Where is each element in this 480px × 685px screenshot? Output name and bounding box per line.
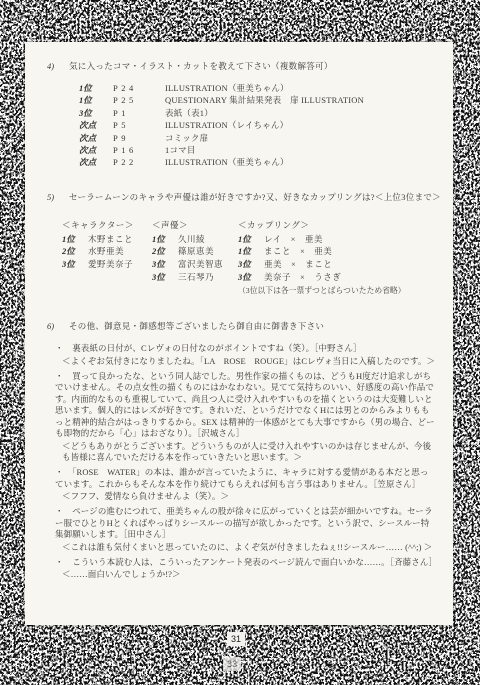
comment-entry: ・ こういう本読む人は、こういったアンケート発表のページ読んで面白いかな……。［… [55,557,437,569]
favorites-ranking-list: 1位 P24 ILLUSTRATION（亜美ちゃん） 1位 P25 QUESTI… [79,82,437,169]
ranking-row: 1位 レイ × 亜美 [238,233,437,246]
rank-label: 3位 [238,271,264,283]
ranking-row: 1位 P24 ILLUSTRATION（亜美ちゃん） [79,82,437,94]
page-reference: P25 [113,95,165,105]
section-favorites: 4) 気に入ったコマ・イラスト・カットを教えて下さい（複数解答可） 1位 P24… [47,60,437,169]
section-title: セーラームーンのキャラや声優は誰が好きですか?又、好きなカップリングは?＜上位3… [69,191,441,203]
ranking-row: 1位 まこと × 亜美 [238,245,437,258]
ranked-name: 木野まこと [88,233,133,245]
ranked-name: 亜美 × まこと [264,258,332,270]
ranking-row: 1位 久川綾 [152,233,238,246]
ranking-row: 次点 P22 ILLUSTRATION（亜美ちゃん） [79,156,437,168]
ranked-name: レイ × 亜美 [264,233,323,245]
rank-label: 1位 [238,233,264,245]
ranked-name: 久川綾 [178,233,205,245]
ranking-row: 3位 美奈子 × うさぎ [238,271,437,284]
comment-entry: ・ 「ROSE WATER」の本は、誰かが言っていたように、キャラに対する愛情が… [55,467,437,490]
page-reference: P9 [113,133,165,143]
rank-label: 2位 [152,245,178,257]
ranked-name: 愛野美奈子 [88,258,133,270]
rank-label: 3位 [79,107,113,119]
rank-label: 1位 [238,245,264,257]
rank-label: 3位 [152,271,178,283]
ranked-name: 水野亜美 [88,245,124,257]
section-popularity: 5) セーラームーンのキャラや声優は誰が好きですか?又、好きなカップリングは?＜… [47,191,437,296]
section-number: 5) [47,192,69,202]
item-description: ILLUSTRATION（亜美ちゃん） [165,156,289,168]
rank-label: 2位 [62,245,88,257]
rank-label: 1位 [79,82,113,94]
rank-label: 次点 [79,144,113,156]
rank-label: 1位 [152,233,178,245]
page-reference: P1 [113,108,165,118]
ranking-row: 3位 富沢美智恵 [152,258,238,271]
ranked-name: 美奈子 × うさぎ [264,271,341,283]
ranking-row: 1位 木野まこと [62,233,152,246]
scanned-page: 4) 気に入ったコマ・イラスト・カットを教えて下さい（複数解答可） 1位 P24… [25,42,453,625]
comment-entry: ＜フフフ、愛情なら負けませんよ（笑）。＞ [55,491,437,503]
ranked-name: まこと × 亜美 [264,245,332,257]
section-title: 気に入ったコマ・イラスト・カットを教えて下さい（複数解答可） [69,60,333,72]
comment-entry: ・ ページの進むにつれて、亜美ちゃんの股が徐々に広がっていくとは芸が細かいですね… [55,506,437,541]
comment-entry: ＜どうもありがとうございます。どういうものが人に受け入れやすいのかは存じませんが… [55,441,437,464]
couplings-ranking: 1位 レイ × 亜美 1位 まこと × 亜美 3位 亜美 × まこと [238,233,437,283]
characters-column: ＜キャラクター＞ 1位 木野まこと 2位 水野亜美 [62,219,152,296]
page-reference: P24 [113,83,165,93]
characters-column-header: ＜キャラクター＞ [62,219,152,233]
rank-label: 3位 [62,258,88,270]
comment-entry: ＜……面白いんでしょうか!?＞ [55,569,437,581]
comment-entry: ＜これは誰も気付くまいと思っていたのに、よくぞ気が付きましたねぇ!!シースルー…… [55,542,437,554]
item-description: ILLUSTRATION（レイちゃん） [165,119,288,131]
rank-label: 1位 [62,233,88,245]
item-description: QUESTIONARY 集計結果発表 扉 ILLUSTRATION [165,94,364,106]
comment-entry: ・ 裏表紙の日付が、Cレヴォの日付なのがポイントですね（笑）。［中野さん］ [55,343,437,355]
page-reference: P16 [113,145,165,155]
section-favorites-header: 4) 気に入ったコマ・イラスト・カットを教えて下さい（複数解答可） [47,60,437,72]
item-description: コミック扉 [165,132,208,144]
book-page-number: 31 [227,632,245,646]
characters-ranking: 1位 木野まこと 2位 水野亜美 3位 愛野美奈子 [62,233,152,271]
rank-label: 1位 [79,94,113,106]
ranking-row: 3位 亜美 × まこと [238,258,437,271]
ranking-row: 3位 P1 表紙（表1） [79,107,437,119]
reader-comments: ・ 裏表紙の日付が、Cレヴォの日付なのがポイントですね（笑）。［中野さん］ ＜よ… [55,343,437,581]
scan-page-number: 33 [223,657,241,671]
item-description: ILLUSTRATION（亜美ちゃん） [165,82,289,94]
page-reference: P22 [113,157,165,167]
couplings-column-header: ＜カップリング＞ [238,219,437,233]
rank-label: 次点 [79,132,113,144]
ranking-row: 次点 P9 コミック扉 [79,132,437,144]
ranked-name: 篠原恵美 [178,245,214,257]
section-title: その他、御意見・御感想等ございましたら御自由に御書き下さい [69,320,324,332]
voice-actors-column-header: ＜声優＞ [152,219,238,233]
ranked-name: 三石琴乃 [178,271,214,283]
voice-actors-column: ＜声優＞ 1位 久川綾 2位 篠原恵美 [152,219,238,296]
ranked-name: 富沢美智恵 [178,258,223,270]
couplings-column: ＜カップリング＞ 1位 レイ × 亜美 1位 まこと × 亜美 [238,219,437,296]
rank-label: 次点 [79,156,113,168]
ranking-row: 3位 愛野美奈子 [62,258,152,271]
section-popularity-header: 5) セーラームーンのキャラや声優は誰が好きですか?又、好きなカップリングは?＜… [47,191,437,203]
ranking-row: 2位 水野亜美 [62,245,152,258]
section-feedback-header: 6) その他、御意見・御感想等ございましたら御自由に御書き下さい [47,320,437,332]
comment-entry: ＜よくぞお気付きになりましたね。「LA ROSE ROUGE」はCレヴォ当日に入… [55,356,437,368]
rank-label: 3位 [152,258,178,270]
comment-entry: ・ 買って良かったな、という同人誌でした。男性作家の描くものは、どうもH度だけ追… [55,371,437,440]
item-description: 表紙（表1） [165,107,213,119]
ranking-row: 3位 三石琴乃 [152,271,238,284]
item-description: 1コマ目 [165,144,196,156]
couplings-note: （3位以下は各一票ずつとばらついたため省略） [238,285,437,296]
voice-actors-ranking: 1位 久川綾 2位 篠原恵美 3位 富沢美智恵 [152,233,238,283]
page-reference: P5 [113,120,165,130]
section-feedback: 6) その他、御意見・御感想等ございましたら御自由に御書き下さい ・ 裏表紙の日… [47,320,437,581]
rank-label: 次点 [79,119,113,131]
ranking-row: 1位 P25 QUESTIONARY 集計結果発表 扉 ILLUSTRATION [79,94,437,106]
ranking-row: 次点 P16 1コマ目 [79,144,437,156]
section-number: 4) [47,61,69,71]
section-number: 6) [47,321,69,331]
ranking-row: 次点 P5 ILLUSTRATION（レイちゃん） [79,119,437,131]
ranking-row: 2位 篠原恵美 [152,245,238,258]
popularity-columns: ＜キャラクター＞ 1位 木野まこと 2位 水野亜美 [62,219,437,296]
rank-label: 3位 [238,258,264,270]
